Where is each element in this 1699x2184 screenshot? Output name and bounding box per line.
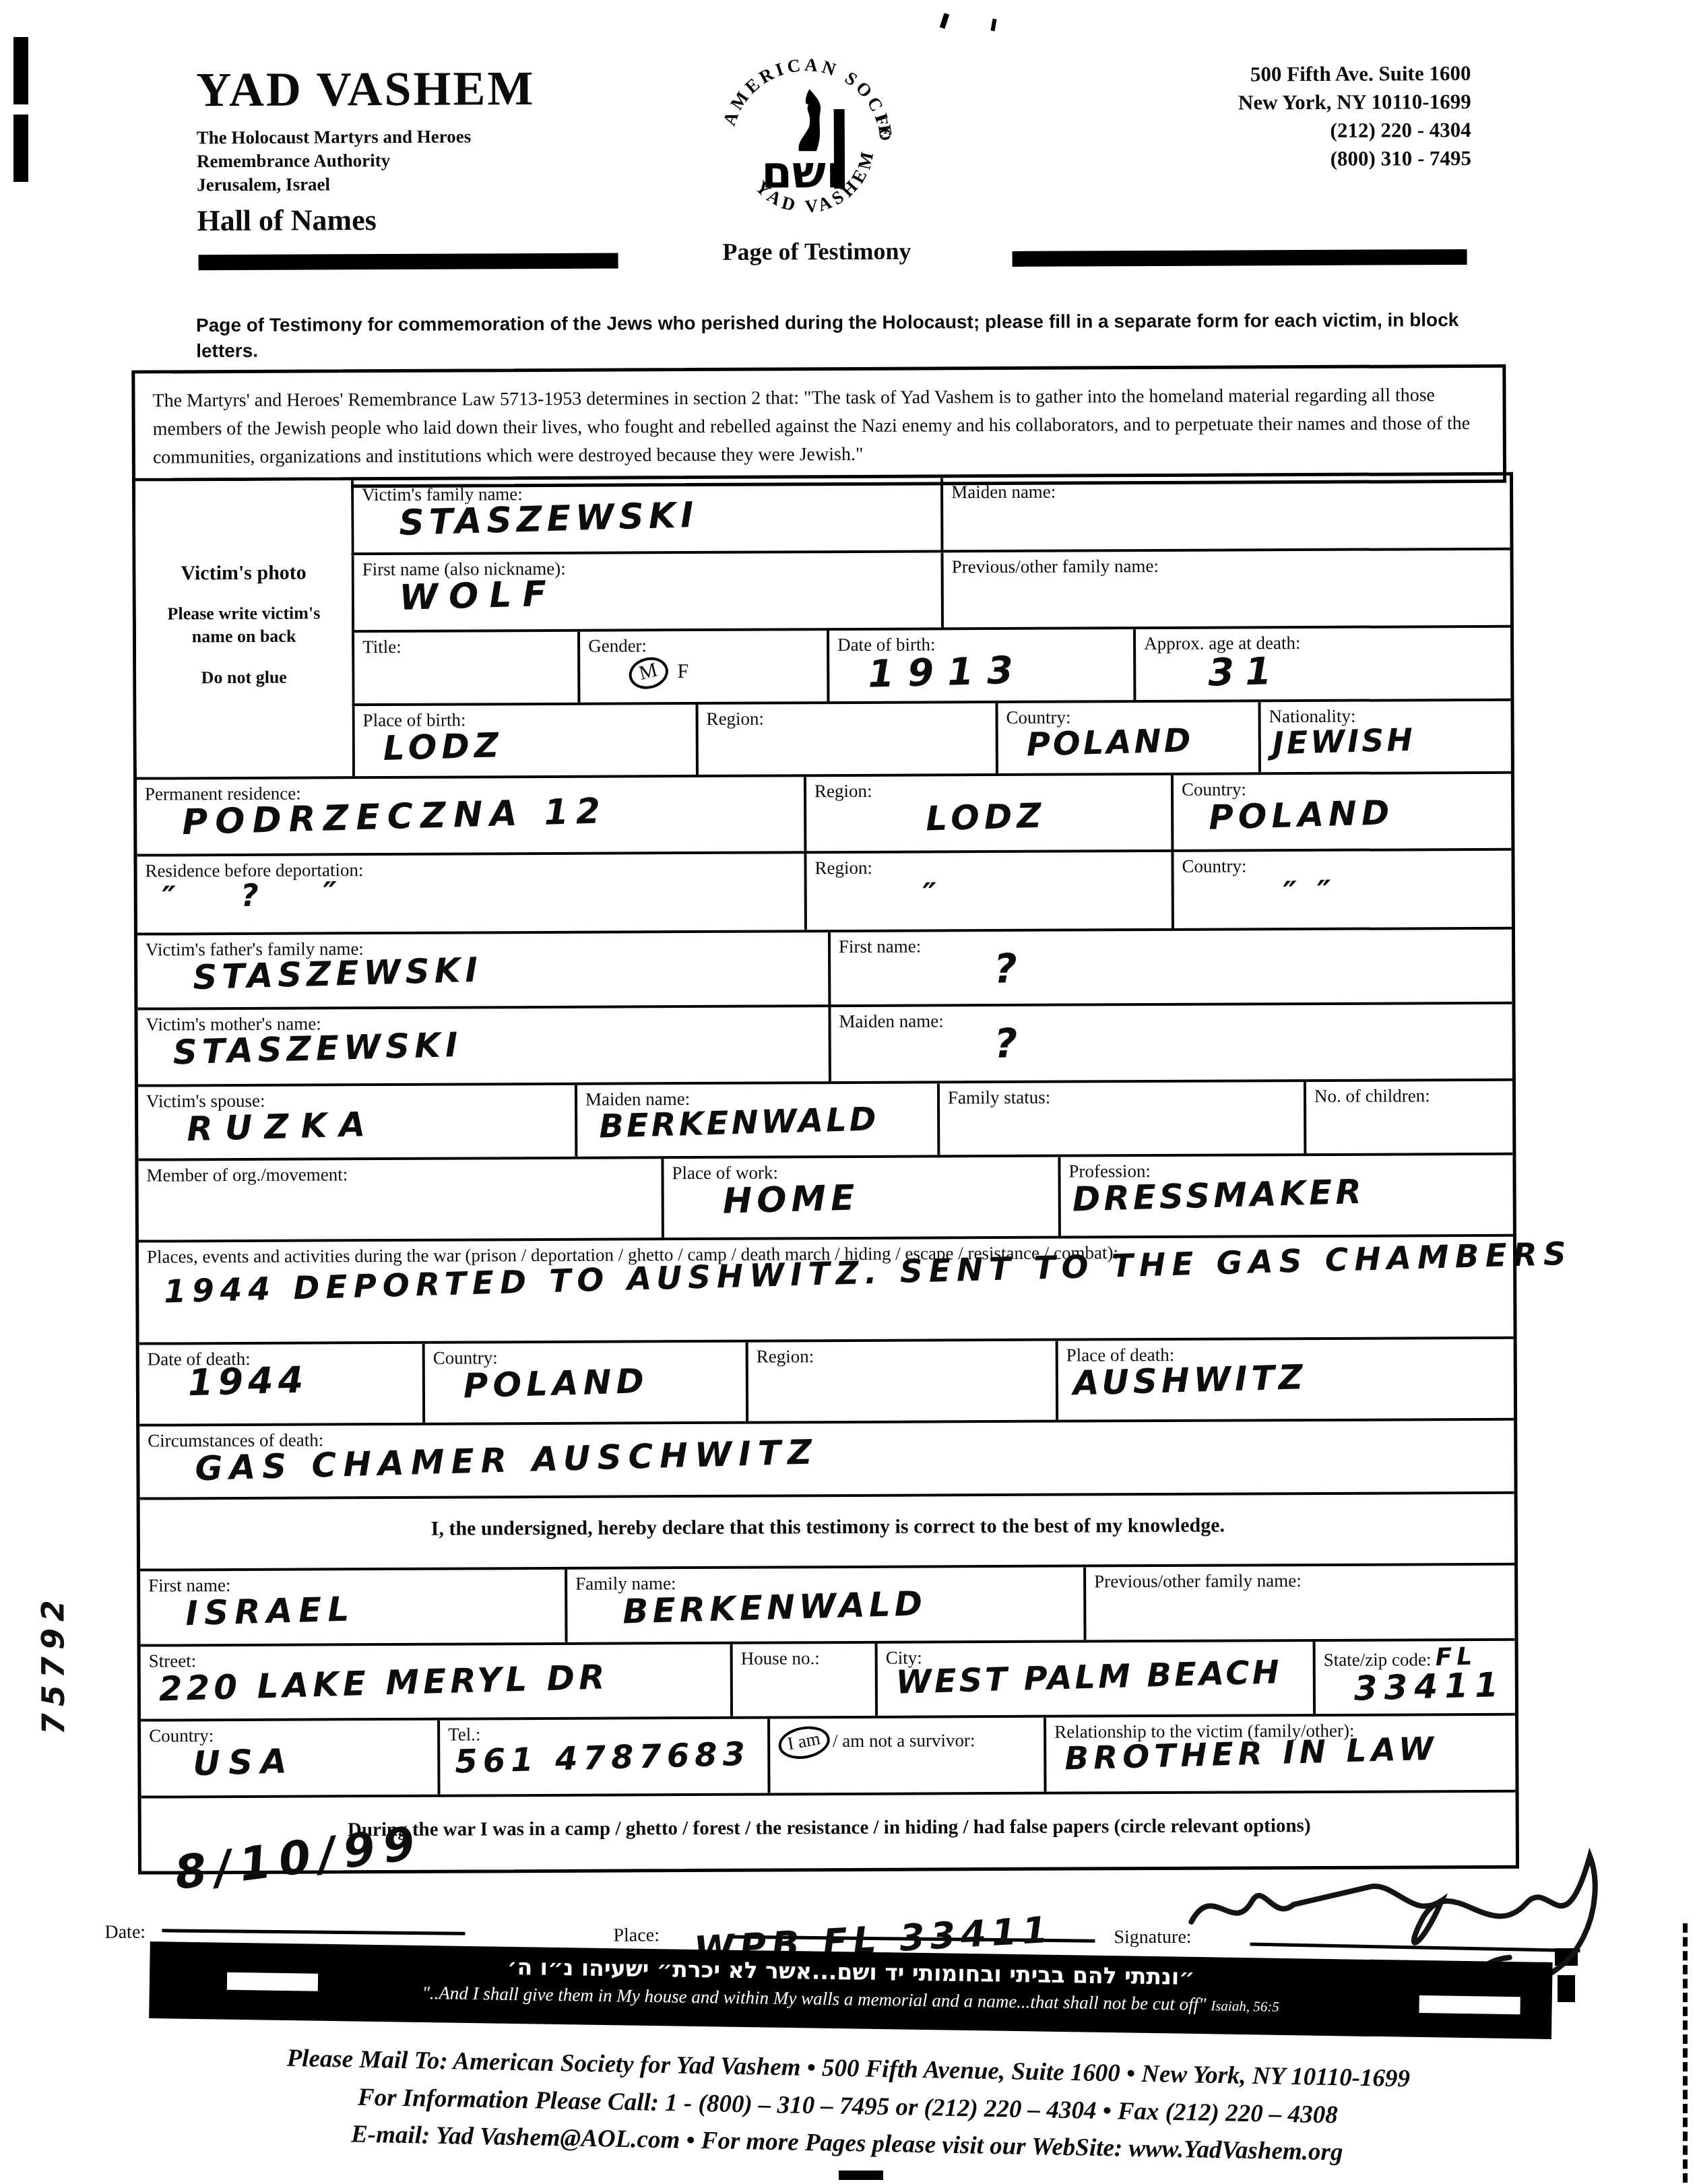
field-gender: Gender: M F: [577, 631, 827, 703]
place-label: Place:: [613, 1925, 660, 1946]
field-date-of-death: Date of death: 1944: [139, 1344, 423, 1424]
logo-circle-text-top: AMERICAN SOCIETY: [708, 47, 897, 143]
org-subtitle-line: The Holocaust Martyrs and Heroes: [197, 125, 536, 150]
field-death-region: Region:: [746, 1341, 1056, 1421]
field-submitter-country: Country: USA: [141, 1721, 437, 1796]
org-subtitle-line: Remembrance Authority: [197, 148, 536, 173]
field-father-family-name: Victim's father's family name: STASZEWSK…: [137, 932, 828, 1007]
logo-hebrew-text: ושם: [761, 146, 841, 199]
field-city: City: WEST PALM BEACH: [875, 1642, 1313, 1716]
hall-of-names-title: Hall of Names: [197, 202, 536, 238]
field-place-of-death: Place of death: AUSHWITZ: [1056, 1339, 1514, 1420]
org-name: YAD VASHEM: [196, 61, 535, 118]
org-subtitle-line: Jerusalem, Israel: [197, 172, 536, 197]
intro-text: Page of Testimony for commemoration of t…: [196, 307, 1476, 364]
address-line: (212) 220 - 4304: [1141, 116, 1471, 146]
field-residence-before-deportation: Residence before deportation: ″ ? ″: [137, 854, 804, 932]
field-deportation-country: Country: ″ ″: [1171, 851, 1511, 928]
victim-photo-box: Victim's photo Please write victim's nam…: [135, 480, 352, 769]
field-death-country: Country: POLAND: [422, 1343, 746, 1423]
testimony-form-table: Victim's photo Please write victim's nam…: [132, 472, 1519, 1875]
field-submitter-first-name: First name: ISRAEL: [140, 1570, 565, 1644]
field-circumstances-of-death: Circumstances of death: GAS CHAMER AUSCH…: [139, 1421, 1514, 1498]
field-birth-region: Region:: [695, 703, 995, 775]
photo-box-title: Victim's photo: [181, 561, 307, 585]
date-label: Date:: [104, 1922, 146, 1944]
field-places-events: Places, events and activities during the…: [139, 1236, 1580, 1342]
banner-notch-left: [227, 1972, 318, 1991]
field-father-first-name: First name: ?: [828, 930, 1512, 1004]
field-victim-family-name: Victim's family name: STASZEWSKI: [351, 478, 940, 552]
org-address: 500 Fifth Ave. Suite 1600 New York, NY 1…: [1141, 59, 1471, 174]
field-house-no: House no.:: [730, 1644, 875, 1716]
header-rule-left: [199, 253, 618, 270]
field-residence-country: Country: POLAND: [1171, 774, 1511, 849]
field-deportation-region: Region: ″: [804, 852, 1171, 930]
logo-flame-icon: [798, 89, 821, 151]
photo-box-no-glue: Do not glue: [201, 668, 287, 688]
field-spouse: Victim's spouse: RUZKA: [138, 1085, 575, 1159]
org-brand: YAD VASHEM The Holocaust Martyrs and Her…: [196, 61, 536, 238]
gender-male-circled: M: [626, 653, 672, 693]
field-age-at-death: Approx. age at death: 31: [1133, 628, 1510, 700]
page-title: Page of Testimony: [722, 237, 911, 266]
remembrance-law-text: The Martyrs' and Heroes' Remembrance Law…: [131, 364, 1506, 489]
banner-notch-right: [1419, 1995, 1520, 2014]
header-rule-right: [1013, 249, 1467, 267]
field-mother-maiden-name: Maiden name: ?: [828, 1004, 1512, 1081]
field-profession: Profession: DRESSMAKER: [1058, 1155, 1513, 1236]
field-family-status: Family status:: [937, 1082, 1304, 1155]
banner-citation: Isaiah, 56:5: [1211, 1997, 1279, 2015]
field-birth-country: Country: POLAND: [995, 702, 1258, 773]
field-spouse-maiden-name: Maiden name: BERKENWALD: [575, 1083, 937, 1156]
yad-vashem-logo: AMERICAN SOCIETY FOR YAD VASHEM ושם: [708, 47, 904, 243]
margin-reference-number: 75792: [34, 1519, 71, 1735]
field-street: Street: 220 LAKE MERYL DR: [141, 1644, 730, 1719]
field-residence-region: Region: LODZ: [804, 775, 1171, 851]
field-nationality: Nationality: JEWISH: [1258, 701, 1510, 773]
page-of-testimony-scan: YAD VASHEM The Holocaust Martyrs and Her…: [0, 0, 1699, 2184]
field-submitter-family-name: Family name: BERKENWALD: [565, 1567, 1083, 1642]
field-victim-maiden-name: Maiden name:: [940, 476, 1510, 550]
field-place-of-work: Place of work: HOME: [661, 1157, 1058, 1238]
field-permanent-residence: Permanent residence: PODRZECZNA 12: [137, 777, 804, 854]
field-no-of-children: No. of children:: [1304, 1081, 1512, 1153]
field-place-of-birth: Place of birth: LODZ: [352, 705, 695, 776]
field-title: Title:: [352, 632, 577, 703]
address-line: New York, NY 10110-1699: [1141, 88, 1471, 117]
field-submitter-previous-family-name: Previous/other family name:: [1083, 1566, 1514, 1640]
svg-text:AMERICAN SOCIETY: AMERICAN SOCIETY: [708, 47, 897, 143]
gender-female: F: [677, 660, 688, 682]
survivor-i-am-circled: I am: [776, 1723, 833, 1763]
declaration-text: I, the undersigned, hereby declare that …: [140, 1494, 1514, 1569]
address-line: (800) 310 - 7495: [1141, 143, 1471, 173]
field-first-name: First name (also nickname): WOLF: [352, 552, 941, 630]
photo-box-instruction: Please write victim's name on back: [160, 602, 328, 648]
address-line: 500 Fifth Ave. Suite 1600: [1141, 59, 1471, 89]
field-mother-name: Victim's mother's name: STASZEWSKI: [137, 1007, 828, 1084]
field-previous-family-name: Previous/other family name:: [941, 550, 1510, 628]
field-date-of-birth: Date of birth: 1913: [827, 629, 1133, 701]
date-underline: [162, 1929, 465, 1935]
field-member-of-org: Member of org./movement:: [138, 1159, 662, 1240]
